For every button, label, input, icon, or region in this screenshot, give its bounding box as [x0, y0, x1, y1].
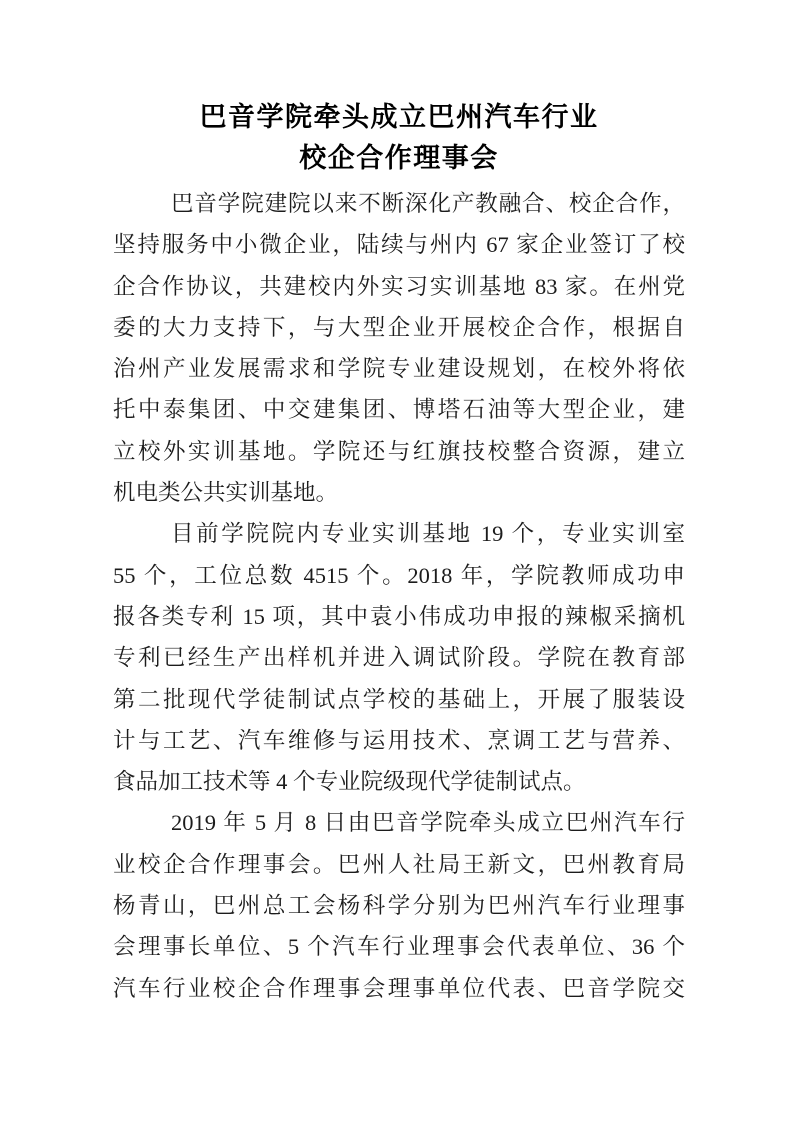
paragraph-2: 目前学院院内专业实训基地 19 个，专业实训室 55 个，工位总数 4515 个… [113, 513, 685, 802]
body-line: 2019 年 5 月 8 日由巴音学院牵头成立巴州汽车行 [113, 802, 685, 843]
body-line: 目前学院院内专业实训基地 19 个，专业实训室 [113, 513, 685, 554]
document-page: 巴音学院牵头成立巴州汽车行业 校企合作理事会 巴音学院建院以来不断深化产教融合、… [0, 0, 793, 1122]
body-line: 食品加工技术等 4 个专业院级现代学徒制试点。 [113, 761, 685, 802]
body-line: 托中泰集团、中交建集团、博塔石油等大型企业，建 [113, 389, 685, 430]
body-line: 委的大力支持下，与大型企业开展校企合作，根据自 [113, 307, 685, 348]
body-line: 专利已经生产出样机并进入调试阶段。学院在教育部 [113, 637, 685, 678]
body-line: 杨青山，巴州总工会杨科学分别为巴州汽车行业理事 [113, 885, 685, 926]
body-line: 汽车行业校企合作理事会理事单位代表、巴音学院交 [113, 968, 685, 1009]
body-line: 业校企合作理事会。巴州人社局王新文，巴州教育局 [113, 844, 685, 885]
paragraph-3: 2019 年 5 月 8 日由巴音学院牵头成立巴州汽车行 业校企合作理事会。巴州… [113, 802, 685, 1008]
body-line: 立校外实训基地。学院还与红旗技校整合资源，建立 [113, 431, 685, 472]
body-line: 企合作协议，共建校内外实习实训基地 83 家。在州党 [113, 266, 685, 307]
title-line-2: 校企合作理事会 [113, 138, 685, 179]
body-line: 55 个，工位总数 4515 个。2018 年，学院教师成功申 [113, 555, 685, 596]
body-line: 计与工艺、汽车维修与运用技术、烹调工艺与营养、 [113, 720, 685, 761]
document-body: 巴音学院建院以来不断深化产教融合、校企合作， 坚持服务中小微企业，陆续与州内 6… [113, 183, 685, 1009]
paragraph-1: 巴音学院建院以来不断深化产教融合、校企合作， 坚持服务中小微企业，陆续与州内 6… [113, 183, 685, 513]
body-line: 机电类公共实训基地。 [113, 472, 685, 513]
body-line: 会理事长单位、5 个汽车行业理事会代表单位、36 个 [113, 926, 685, 967]
document-title: 巴音学院牵头成立巴州汽车行业 校企合作理事会 [113, 97, 685, 179]
body-line: 治州产业发展需求和学院专业建设规划，在校外将依 [113, 348, 685, 389]
title-line-1: 巴音学院牵头成立巴州汽车行业 [113, 97, 685, 138]
body-line: 巴音学院建院以来不断深化产教融合、校企合作， [113, 183, 685, 224]
body-line: 坚持服务中小微企业，陆续与州内 67 家企业签订了校 [113, 224, 685, 265]
body-line: 第二批现代学徒制试点学校的基础上，开展了服装设 [113, 679, 685, 720]
body-line: 报各类专利 15 项，其中袁小伟成功申报的辣椒采摘机 [113, 596, 685, 637]
